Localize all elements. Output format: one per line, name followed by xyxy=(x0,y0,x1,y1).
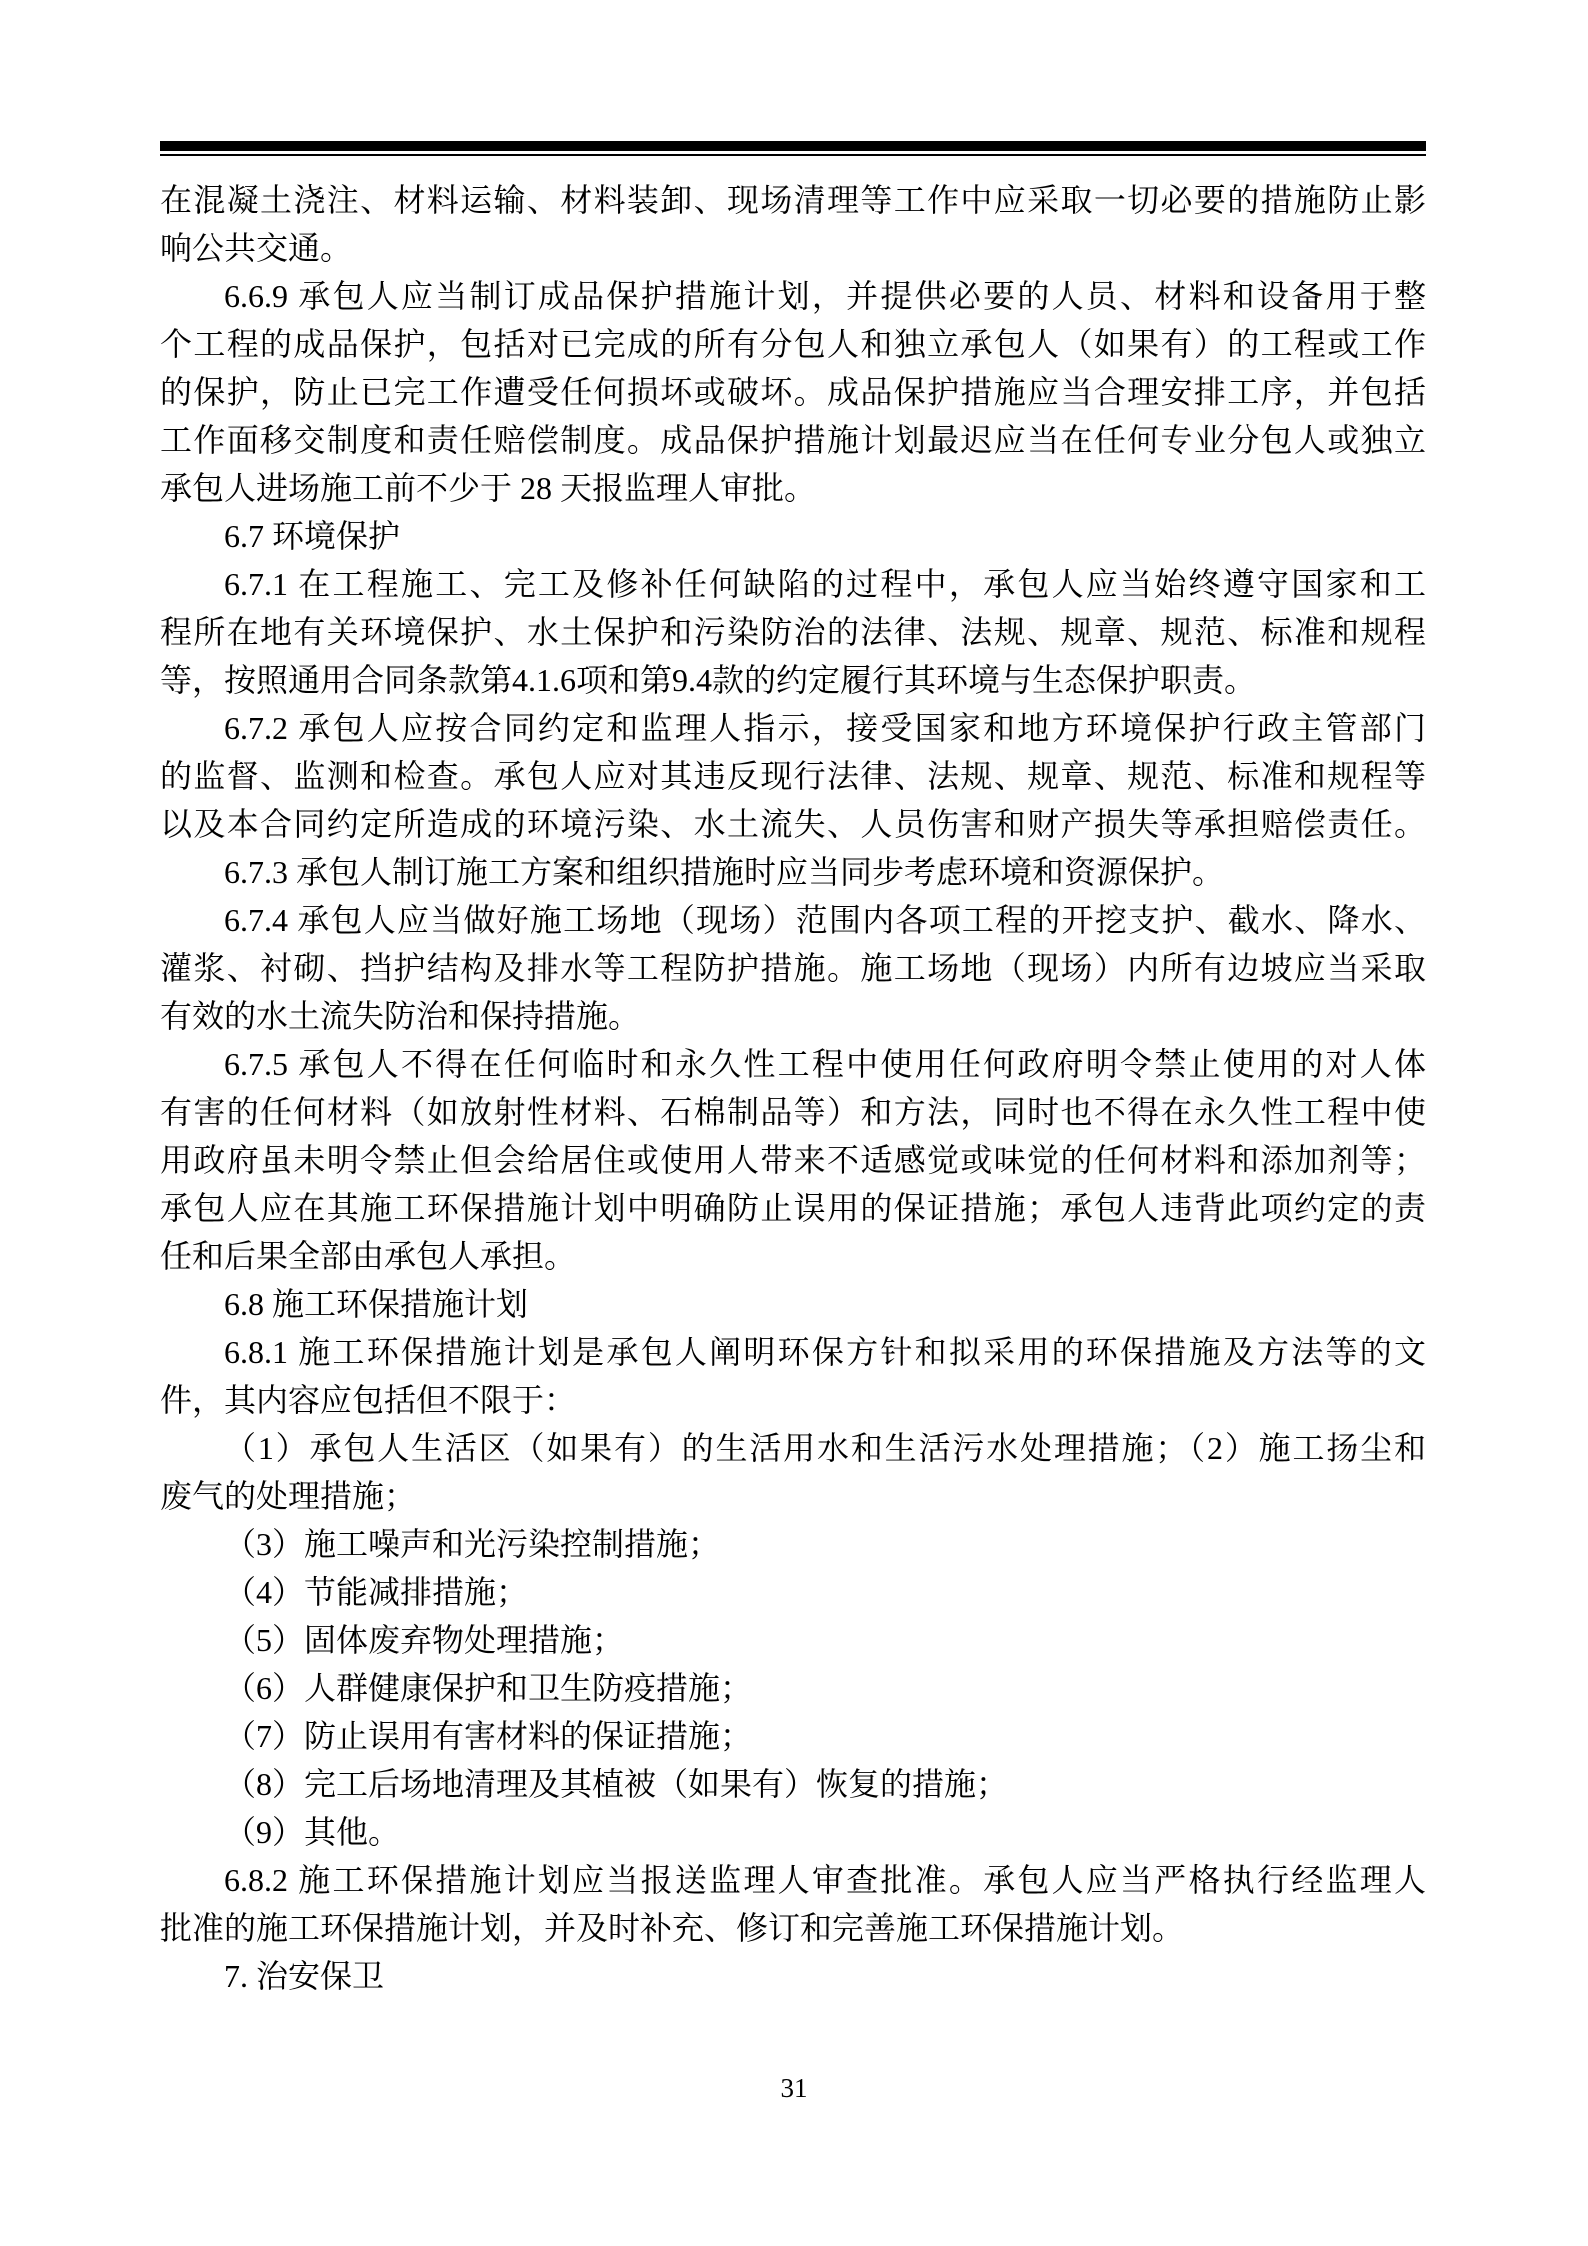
text-line: （9）其他。 xyxy=(160,1808,1426,1856)
text-line: 在混凝土浇注、材料运输、材料装卸、现场清理等工作中应采取一切必要的措施防止影 xyxy=(160,176,1426,224)
text-line: 用政府虽未明令禁止但会给居住或使用人带来不适感觉或味觉的任何材料和添加剂等； xyxy=(160,1136,1426,1184)
text-line: （8）完工后场地清理及其植被（如果有）恢复的措施； xyxy=(160,1760,1426,1808)
text-line: （1）承包人生活区（如果有）的生活用水和生活污水处理措施；（2）施工扬尘和 xyxy=(160,1424,1426,1472)
text-line: （5）固体废弃物处理措施； xyxy=(160,1616,1426,1664)
text-line: 6.7.4 承包人应当做好施工场地（现场）范围内各项工程的开挖支护、截水、降水、 xyxy=(160,896,1426,944)
text-line: 6.8.2 施工环保措施计划应当报送监理人审查批准。承包人应当严格执行经监理人 xyxy=(160,1856,1426,1904)
text-line: 6.7 环境保护 xyxy=(160,512,1426,560)
text-line: 废气的处理措施； xyxy=(160,1472,1426,1520)
text-line: 个工程的成品保护，包括对已完成的所有分包人和独立承包人（如果有）的工程或工作 xyxy=(160,320,1426,368)
text-line: 以及本合同约定所造成的环境污染、水土流失、人员伤害和财产损失等承担赔偿责任。 xyxy=(160,800,1426,848)
text-line: 6.8 施工环保措施计划 xyxy=(160,1280,1426,1328)
text-line: 7. 治安保卫 xyxy=(160,1952,1426,2000)
header-rule-thin xyxy=(160,154,1426,156)
text-line: 程所在地有关环境保护、水土保护和污染防治的法律、法规、规章、规范、标准和规程 xyxy=(160,608,1426,656)
text-line: 任和后果全部由承包人承担。 xyxy=(160,1232,1426,1280)
text-line: 等，按照通用合同条款第4.1.6项和第9.4款的约定履行其环境与生态保护职责。 xyxy=(160,656,1426,704)
text-line: 6.7.1 在工程施工、完工及修补任何缺陷的过程中，承包人应当始终遵守国家和工 xyxy=(160,560,1426,608)
text-line: 批准的施工环保措施计划，并及时补充、修订和完善施工环保措施计划。 xyxy=(160,1904,1426,1952)
text-line: 响公共交通。 xyxy=(160,224,1426,272)
document-body: 在混凝土浇注、材料运输、材料装卸、现场清理等工作中应采取一切必要的措施防止影响公… xyxy=(160,176,1426,2000)
text-line: 工作面移交制度和责任赔偿制度。成品保护措施计划最迟应当在任何专业分包人或独立 xyxy=(160,416,1426,464)
text-line: （3）施工噪声和光污染控制措施； xyxy=(160,1520,1426,1568)
text-line: 6.7.3 承包人制订施工方案和组织措施时应当同步考虑环境和资源保护。 xyxy=(160,848,1426,896)
text-line: 灌浆、衬砌、挡护结构及排水等工程防护措施。施工场地（现场）内所有边坡应当采取 xyxy=(160,944,1426,992)
text-line: （4）节能减排措施； xyxy=(160,1568,1426,1616)
text-line: 的保护，防止已完工作遭受任何损坏或破坏。成品保护措施应当合理安排工序，并包括 xyxy=(160,368,1426,416)
document-page: 在混凝土浇注、材料运输、材料装卸、现场清理等工作中应采取一切必要的措施防止影响公… xyxy=(0,0,1588,2246)
text-line: （6）人群健康保护和卫生防疫措施； xyxy=(160,1664,1426,1712)
header-rule-thick xyxy=(160,141,1426,151)
text-line: 6.8.1 施工环保措施计划是承包人阐明环保方针和拟采用的环保措施及方法等的文 xyxy=(160,1328,1426,1376)
text-line: 的监督、监测和检查。承包人应对其违反现行法律、法规、规章、规范、标准和规程等 xyxy=(160,752,1426,800)
page-number: 31 xyxy=(0,2070,1588,2106)
text-line: 6.6.9 承包人应当制订成品保护措施计划，并提供必要的人员、材料和设备用于整 xyxy=(160,272,1426,320)
text-line: 承包人应在其施工环保措施计划中明确防止误用的保证措施；承包人违背此项约定的责 xyxy=(160,1184,1426,1232)
text-line: （7）防止误用有害材料的保证措施； xyxy=(160,1712,1426,1760)
text-line: 有害的任何材料（如放射性材料、石棉制品等）和方法，同时也不得在永久性工程中使 xyxy=(160,1088,1426,1136)
text-line: 件，其内容应包括但不限于： xyxy=(160,1376,1426,1424)
text-line: 承包人进场施工前不少于 28 天报监理人审批。 xyxy=(160,464,1426,512)
text-line: 6.7.5 承包人不得在任何临时和永久性工程中使用任何政府明令禁止使用的对人体 xyxy=(160,1040,1426,1088)
text-line: 有效的水土流失防治和保持措施。 xyxy=(160,992,1426,1040)
text-line: 6.7.2 承包人应按合同约定和监理人指示，接受国家和地方环境保护行政主管部门 xyxy=(160,704,1426,752)
